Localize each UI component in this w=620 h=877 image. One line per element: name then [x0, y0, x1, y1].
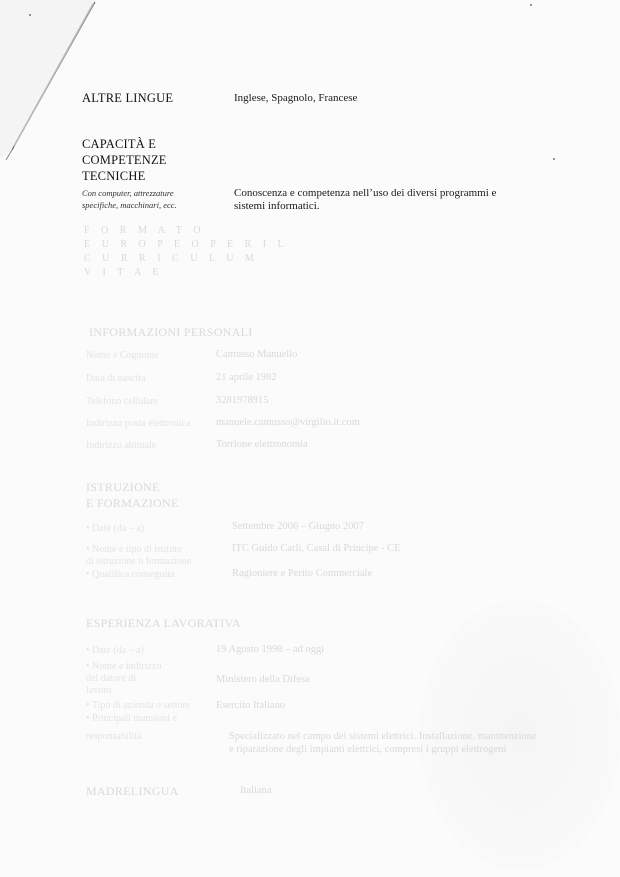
ghost-istruzione-value: Ragioniere e Perito Commerciale — [232, 568, 372, 579]
ghost-formato-line4: V I T A E — [84, 266, 163, 280]
ghost-esperienza-value: Specializzato nel campo dei sistemi elet… — [229, 731, 537, 742]
scan-speck — [530, 4, 532, 6]
altre-lingue-value: Inglese, Spagnolo, Francese — [234, 92, 357, 104]
capacita-value-line2: sistemi informatici. — [234, 200, 320, 212]
capacita-label-line3: TECNICHE — [82, 169, 145, 184]
ghost-esperienza-value: e riparazione degli impianti elettrici, … — [229, 744, 506, 755]
ghost-istruzione-label: • Qualifica conseguita — [86, 569, 174, 580]
ghost-esperienza-label: del datore di — [86, 673, 136, 686]
capacita-label-line2: COMPETENZE — [82, 153, 167, 168]
capacita-label-line1: CAPACITÀ E — [82, 137, 156, 152]
ghost-info-label: Nome e Cognome — [86, 350, 159, 361]
ghost-formato-line1: F O R M A T O — [84, 224, 205, 238]
ghost-esperienza-label: • Nome e indirizzo — [86, 661, 161, 674]
ghost-madrelingua-label: MADRELINGUA — [86, 784, 179, 799]
ghost-info-value: 21 aprile 1982 — [216, 372, 277, 383]
ghost-info-value: Torrione elettronomia — [216, 439, 308, 450]
ghost-formato-line3: C U R R I C U L U M — [84, 252, 258, 266]
ghost-formato-line2: E U R O P E O P E R I L — [84, 238, 288, 252]
ghost-istruzione-label: • Nome e tipo di istituto — [86, 544, 182, 555]
ghost-esperienza-label: lavoro — [86, 685, 112, 698]
ghost-info-value: Camusso Manuello — [216, 349, 297, 360]
scanned-cv-page: ALTRE LINGUE Inglese, Spagnolo, Francese… — [0, 0, 620, 877]
ghost-esperienza-value: 19 Agosto 1998 – ad oggi — [216, 644, 324, 655]
ghost-info-label: Data di nascita — [86, 373, 145, 384]
ghost-istruzione-label: • Date (da – a) — [86, 523, 144, 534]
ghost-info-label: Indirizzo posta elettronica — [86, 418, 190, 429]
ghost-istruzione-heading-line1: ISTRUZIONE — [86, 480, 160, 495]
ghost-esperienza-label: • Tipo di azienda o settore — [86, 700, 190, 711]
ghost-info-value: 3281978915 — [216, 395, 269, 406]
ghost-info-label: Telefono cellulare — [86, 396, 158, 407]
ghost-esperienza-value: Ministero della Difesa — [216, 674, 310, 685]
ghost-istruzione-value: ITC Guido Carli, Casal di Principe - CE — [232, 543, 401, 554]
scan-speck — [553, 158, 555, 160]
ghost-esperienza-label: responsabilità — [86, 731, 142, 742]
ghost-istruzione-label: di istruzione o formazione — [86, 556, 191, 567]
ghost-info-value: manuele.camusso@virgilio.it.com — [216, 417, 360, 428]
ghost-istruzione-heading-line2: E FORMAZIONE — [86, 496, 179, 511]
scan-speck — [29, 14, 31, 16]
ghost-istruzione-value: Settembre 2006 – Giugno 2007 — [232, 521, 364, 532]
ghost-info-heading: INFORMAZIONI PERSONALI — [89, 325, 253, 340]
ghost-esperienza-value: Esercito Italiano — [216, 700, 285, 711]
ghost-info-label: Indirizzo abituale — [86, 440, 156, 451]
folded-corner — [0, 0, 100, 160]
ghost-esperienza-label: • Principali mansioni e — [86, 713, 177, 724]
capacita-sublabel-line2: specifiche, macchinari, ecc. — [82, 200, 177, 212]
ghost-esperienza-label: • Date (da – a) — [86, 645, 144, 656]
ghost-esperienza-heading: ESPERIENZA LAVORATIVA — [86, 616, 241, 631]
capacita-value-line1: Conoscenza e competenza nell’uso dei div… — [234, 187, 496, 199]
altre-lingue-label: ALTRE LINGUE — [82, 91, 173, 106]
ghost-madrelingua-value: Italiana — [240, 785, 271, 796]
capacita-sublabel-line1: Con computer, attrezzature — [82, 188, 174, 200]
